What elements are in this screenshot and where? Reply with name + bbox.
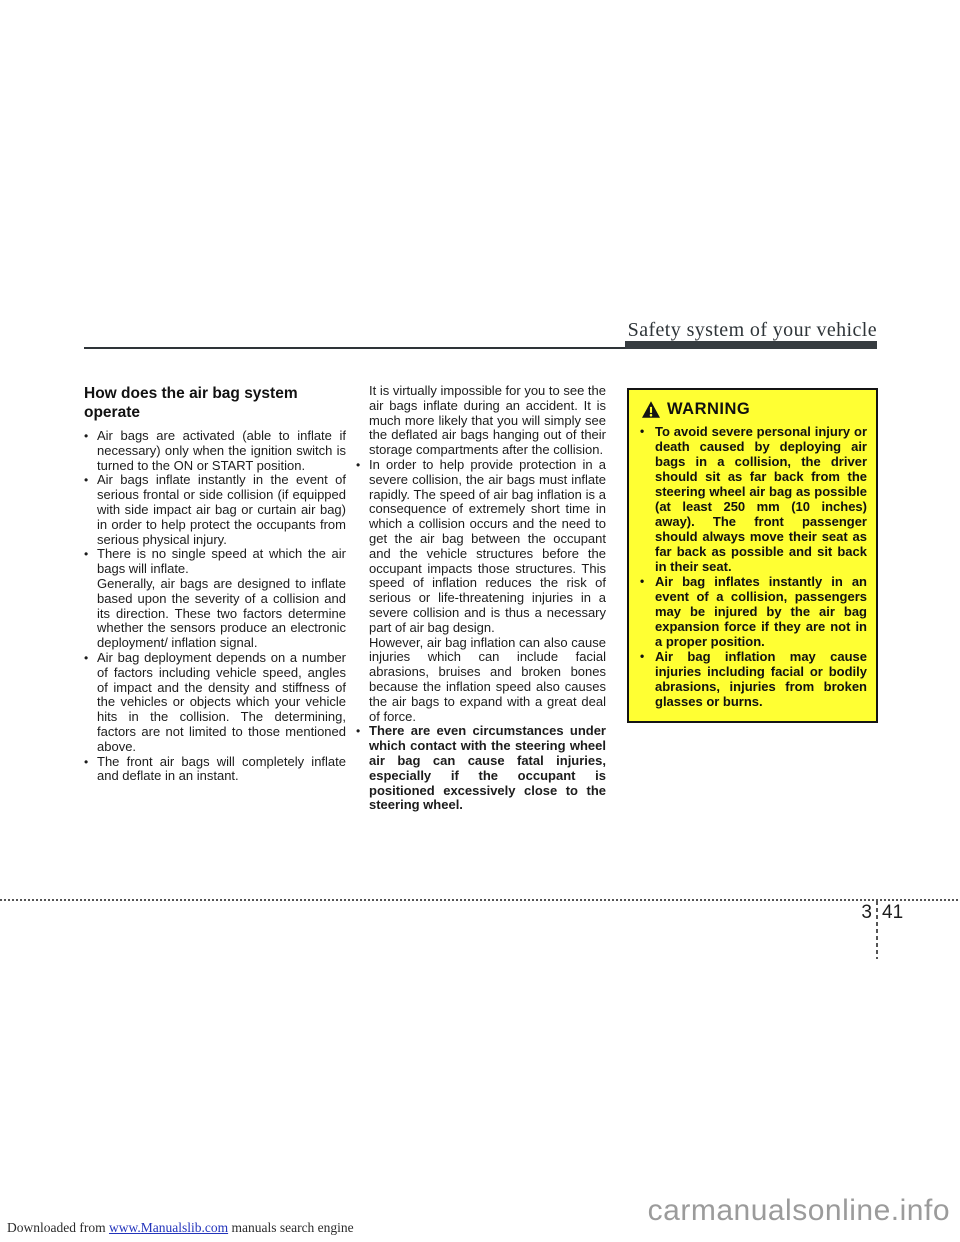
manualslib-link[interactable]: www.Manualslib.com	[109, 1220, 228, 1235]
list-item: • Air bags inflate instantly in the even…	[84, 473, 346, 547]
download-note-prefix: Downloaded from	[7, 1220, 109, 1235]
warning-text: Air bag inflates instantly in an event o…	[655, 574, 867, 649]
bullet-text: There are even circumstances under which…	[369, 724, 606, 813]
left-column: How does the air bag system operate • Ai…	[84, 384, 346, 784]
header-rule-thin	[84, 347, 625, 349]
paragraph: It is virtually impossible for you to se…	[369, 384, 606, 458]
bullet-icon: •	[640, 649, 655, 664]
bullet-icon: •	[84, 547, 97, 562]
paragraph: Generally, air bags are designed to infl…	[97, 577, 346, 651]
header-rule-thick	[625, 341, 877, 349]
bullet-text: The front air bags will completely infla…	[97, 755, 346, 785]
warning-title-row: WARNING	[642, 401, 867, 418]
list-item: • Air bag deployment depends on a number…	[84, 651, 346, 755]
bullet-icon: •	[84, 755, 97, 770]
manual-page: Safety system of your vehicle How does t…	[0, 0, 960, 1242]
warning-box: WARNING • To avoid severe personal injur…	[627, 388, 878, 723]
bullet-icon: •	[356, 458, 369, 473]
warning-title: WARNING	[667, 402, 750, 417]
list-item-bold: • There are even circumstances under whi…	[356, 724, 606, 813]
middle-column: It is virtually impossible for you to se…	[356, 384, 606, 813]
warning-text: To avoid severe personal injury or death…	[655, 424, 867, 574]
bullet-text: Air bags inflate instantly in the event …	[97, 473, 346, 547]
bullet-icon: •	[84, 651, 97, 666]
footer-dashed-rule	[0, 899, 960, 901]
download-note: Downloaded from www.Manualslib.com manua…	[7, 1220, 354, 1236]
bullet-icon: •	[356, 724, 369, 739]
section-heading: How does the air bag system operate	[84, 384, 346, 422]
list-item: • There is no single speed at which the …	[84, 547, 346, 577]
warning-icon	[642, 401, 660, 418]
page-number: 41	[882, 902, 903, 924]
list-item: • The front air bags will completely inf…	[84, 755, 346, 785]
bullet-text: Air bags are activated (able to inflate …	[97, 429, 346, 473]
list-item: • In order to help provide protection in…	[356, 458, 606, 636]
page-number-divider	[876, 901, 878, 959]
bullet-text: In order to help provide protection in a…	[369, 458, 606, 636]
bullet-icon: •	[84, 473, 97, 488]
bullet-icon: •	[84, 429, 97, 444]
page-header-title: Safety system of your vehicle	[628, 319, 877, 342]
watermark: carmanualsonline.info	[648, 1194, 950, 1228]
bullet-text: Air bag deployment depends on a number o…	[97, 651, 346, 755]
warning-item: • Air bag inflates instantly in an event…	[640, 574, 867, 649]
warning-text: Air bag inflation may cause injuries inc…	[655, 649, 867, 709]
bullet-icon: •	[640, 574, 655, 589]
download-note-suffix: manuals search engine	[228, 1220, 354, 1235]
paragraph: However, air bag inflation can also caus…	[369, 636, 606, 725]
chapter-number: 3	[852, 902, 872, 924]
list-item: • Air bags are activated (able to inflat…	[84, 429, 346, 473]
bullet-icon: •	[640, 424, 655, 439]
warning-item: • To avoid severe personal injury or dea…	[640, 424, 867, 574]
warning-item: • Air bag inflation may cause injuries i…	[640, 649, 867, 709]
bullet-text: There is no single speed at which the ai…	[97, 547, 346, 577]
